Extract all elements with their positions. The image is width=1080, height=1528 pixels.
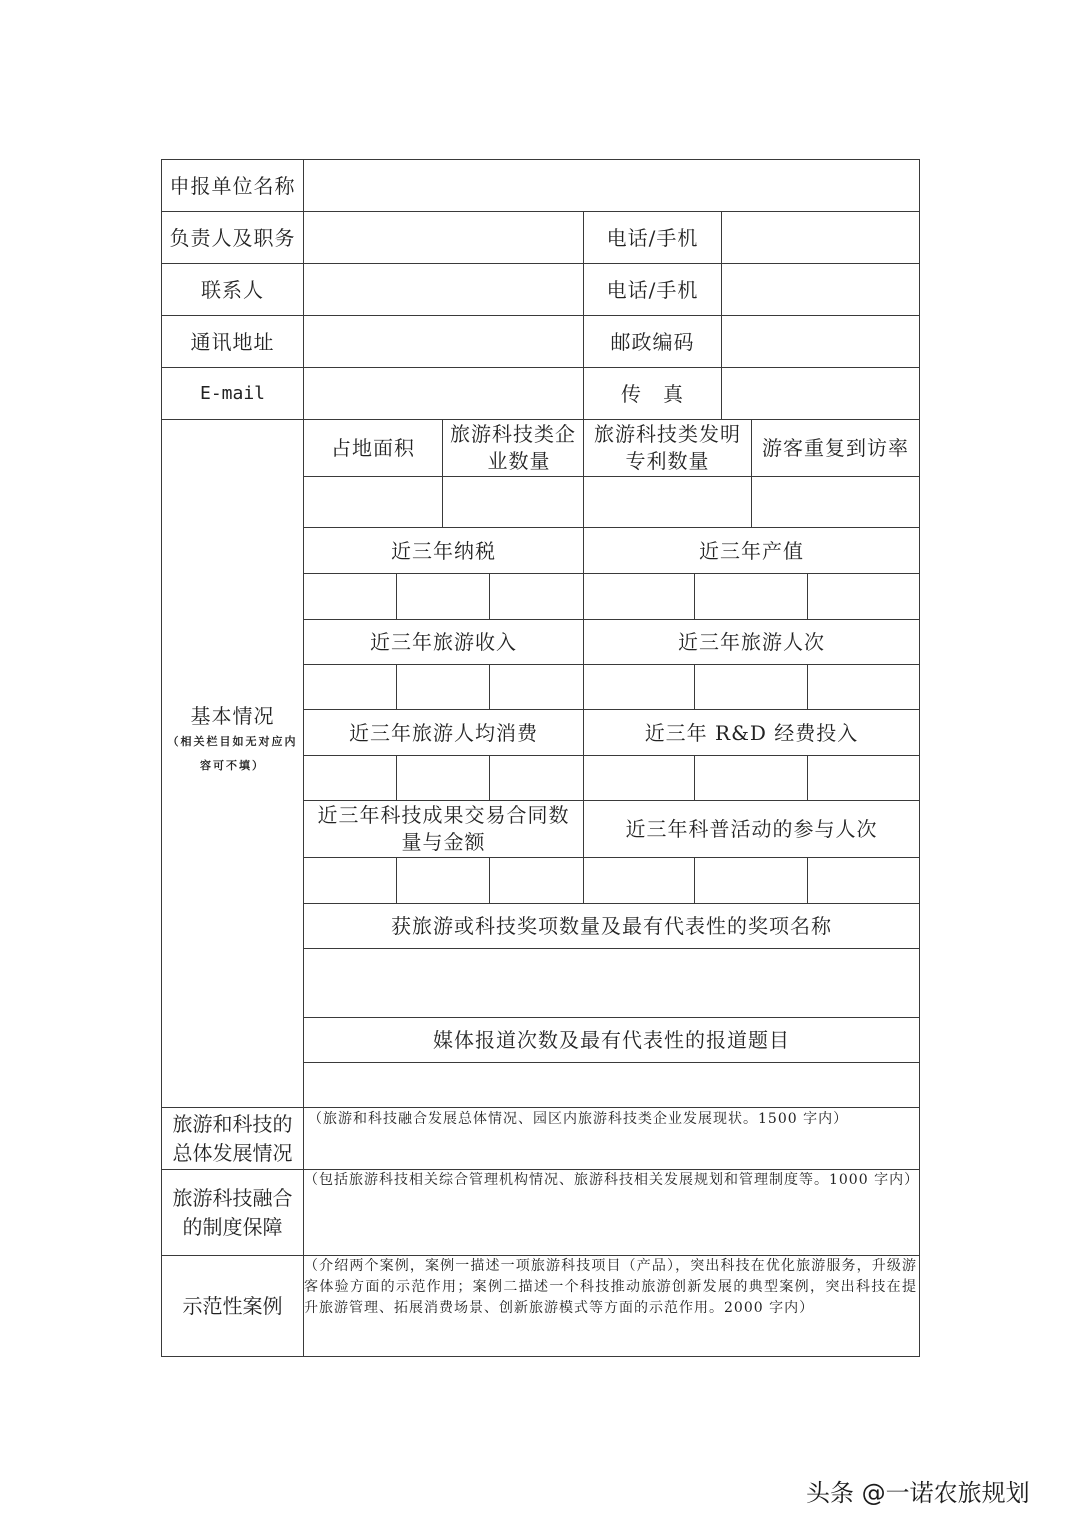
repeat-visit-rate-header: 游客重复到访率 xyxy=(752,420,919,476)
postcode-label: 邮政编码 xyxy=(584,316,721,367)
tax-year3-field[interactable] xyxy=(490,574,583,619)
revenue-year1-field[interactable] xyxy=(304,665,396,709)
tourism-revenue-3yr-header: 近三年旅游收入 xyxy=(304,620,583,664)
visits-year2-field[interactable] xyxy=(695,665,807,709)
address-field[interactable] xyxy=(304,316,583,367)
per-capita-spend-3yr-header: 近三年旅游人均消费 xyxy=(304,710,583,755)
tech-patent-count-header: 旅游科技类发明 专利数量 xyxy=(584,420,751,476)
contract-year1-field[interactable] xyxy=(304,858,396,903)
leader-phone-field[interactable] xyxy=(722,212,919,263)
contract-year2-field[interactable] xyxy=(397,858,489,903)
system-guarantee-label: 旅游科技融合 的制度保障 xyxy=(162,1170,303,1255)
demo-cases-field[interactable]: （介绍两个案例，案例一描述一项旅游科技项目（产品），突出科技在优化旅游服务，升级… xyxy=(304,1256,919,1356)
output-year3-field[interactable] xyxy=(808,574,919,619)
output-3yr-header: 近三年产值 xyxy=(584,528,919,573)
header-line: 专利数量 xyxy=(626,448,710,475)
demo-cases-label: 示范性案例 xyxy=(162,1256,303,1356)
demo-cases-hint: （介绍两个案例，案例一描述一项旅游科技项目（产品），突出科技在优化旅游服务，升级… xyxy=(304,1256,919,1319)
overall-development-label: 旅游和科技的 总体发展情况 xyxy=(162,1108,303,1169)
output-year1-field[interactable] xyxy=(584,574,694,619)
tech-enterprise-count-header: 旅游科技类企 业数量 xyxy=(443,420,583,476)
contact-label: 联系人 xyxy=(162,264,303,315)
overall-development-hint: （旅游和科技融合发展总体情况、园区内旅游科技类企业发展现状。1500 字内） xyxy=(304,1108,852,1130)
application-form-page: 申报单位名称 负责人及职务 电话/手机 联系人 电话/手机 通讯地址 邮政编码 … xyxy=(0,0,1080,1528)
repeat-visit-rate-field[interactable] xyxy=(752,477,919,527)
label-line: 的制度保障 xyxy=(183,1213,283,1242)
leader-field[interactable] xyxy=(304,212,583,263)
spend-year3-field[interactable] xyxy=(490,756,583,800)
leader-label: 负责人及职务 xyxy=(162,212,303,263)
awards-field[interactable] xyxy=(304,949,919,1017)
revenue-year3-field[interactable] xyxy=(490,665,583,709)
output-year2-field[interactable] xyxy=(695,574,807,619)
media-header: 媒体报道次数及最有代表性的报道题目 xyxy=(304,1018,919,1062)
revenue-year2-field[interactable] xyxy=(397,665,489,709)
rd-year2-field[interactable] xyxy=(695,756,807,800)
email-field[interactable] xyxy=(304,368,583,419)
visits-year1-field[interactable] xyxy=(584,665,694,709)
activity-year3-field[interactable] xyxy=(808,858,919,903)
leader-phone-label: 电话/手机 xyxy=(584,212,721,263)
system-guarantee-field[interactable]: （包括旅游科技相关综合管理机构情况、旅游科技相关发展规划和管理制度等。1000 … xyxy=(304,1170,919,1255)
basic-info-title: 基本情况 xyxy=(191,702,275,730)
tax-year2-field[interactable] xyxy=(397,574,489,619)
unit-name-label: 申报单位名称 xyxy=(162,160,303,211)
email-label: E-mail xyxy=(162,368,303,419)
contact-phone-label: 电话/手机 xyxy=(584,264,721,315)
label-line: 旅游和科技的 xyxy=(173,1110,293,1139)
tech-patent-count-field[interactable] xyxy=(584,477,751,527)
awards-header: 获旅游或科技奖项数量及最有代表性的奖项名称 xyxy=(304,904,919,948)
contact-phone-field[interactable] xyxy=(722,264,919,315)
overall-development-field[interactable]: （旅游和科技融合发展总体情况、园区内旅游科技类企业发展现状。1500 字内） xyxy=(304,1108,919,1169)
table-border-bottom xyxy=(161,1356,920,1357)
rd-year1-field[interactable] xyxy=(584,756,694,800)
tax-year1-field[interactable] xyxy=(304,574,396,619)
media-field[interactable] xyxy=(304,1063,919,1107)
tech-enterprise-count-field[interactable] xyxy=(443,477,583,527)
system-guarantee-hint: （包括旅游科技相关综合管理机构情况、旅游科技相关发展规划和管理制度等。1000 … xyxy=(304,1170,919,1191)
tech-contract-3yr-header: 近三年科技成果交易合同数 量与金额 xyxy=(304,801,583,857)
basic-info-note-line2: 容可不填） xyxy=(200,754,265,778)
tax-3yr-header: 近三年纳税 xyxy=(304,528,583,573)
activity-year1-field[interactable] xyxy=(584,858,694,903)
watermark: 头条 @一诺农旅规划 xyxy=(806,1473,1030,1508)
fax-label: 传 真 xyxy=(584,368,721,419)
unit-name-field[interactable] xyxy=(304,160,919,211)
header-line: 旅游科技类发明 xyxy=(594,421,741,448)
header-line: 业数量 xyxy=(476,448,551,475)
land-area-field[interactable] xyxy=(304,477,442,527)
address-label: 通讯地址 xyxy=(162,316,303,367)
basic-info-note-line1: （相关栏目如无对应内 xyxy=(168,730,298,754)
basic-info-label: 基本情况 （相关栏目如无对应内 容可不填） xyxy=(162,690,303,790)
contact-field[interactable] xyxy=(304,264,583,315)
visits-year3-field[interactable] xyxy=(808,665,919,709)
label-line: 旅游科技融合 xyxy=(173,1184,293,1213)
spend-year2-field[interactable] xyxy=(397,756,489,800)
tourist-visits-3yr-header: 近三年旅游人次 xyxy=(584,620,919,664)
header-line: 近三年科技成果交易合同数 xyxy=(318,802,570,829)
fax-field[interactable] xyxy=(722,368,919,419)
science-activity-3yr-header: 近三年科普活动的参与人次 xyxy=(584,801,919,857)
header-line: 旅游科技类企 xyxy=(450,421,576,448)
spend-year1-field[interactable] xyxy=(304,756,396,800)
rd-investment-3yr-header: 近三年 R&D 经费投入 xyxy=(584,710,919,755)
header-line: 量与金额 xyxy=(402,829,486,856)
contract-year3-field[interactable] xyxy=(490,858,583,903)
rd-year3-field[interactable] xyxy=(808,756,919,800)
activity-year2-field[interactable] xyxy=(695,858,807,903)
table-border-right xyxy=(919,159,920,1357)
postcode-field[interactable] xyxy=(722,316,919,367)
label-line: 总体发展情况 xyxy=(173,1139,293,1168)
land-area-header: 占地面积 xyxy=(304,420,442,476)
